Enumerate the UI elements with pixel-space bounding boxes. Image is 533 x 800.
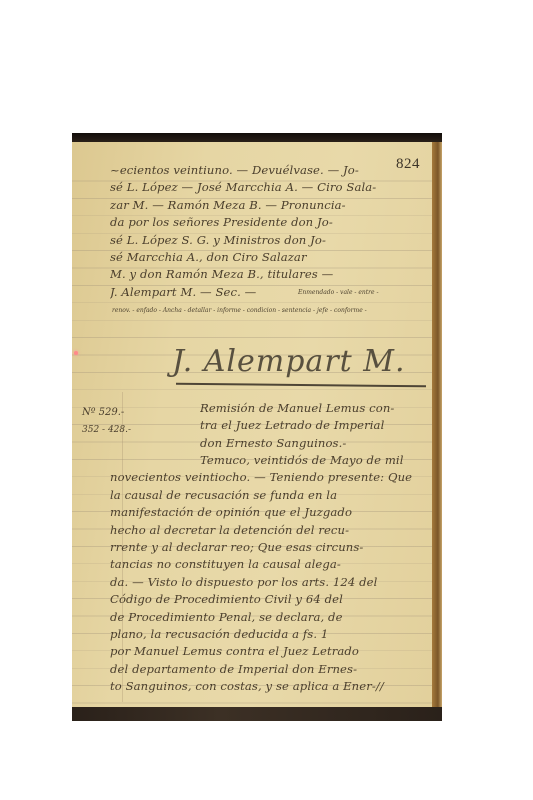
red-light-artifact — [74, 351, 78, 355]
text-line: sé L. López — José Marcchia A. — Ciro Sa… — [110, 179, 376, 196]
body-line: to Sanguinos, con costas, y se aplica a … — [110, 678, 412, 695]
entry-reference: 352 - 428.- — [82, 425, 131, 435]
title-line: don Ernesto Sanguinos.- — [200, 435, 394, 452]
amendment-note-line-1: Enmendado - vale - entre - — [298, 284, 379, 301]
text-line: M. y don Ramón Meza B., titulares — — [110, 266, 376, 283]
body-line: de Procedimiento Penal, se declara, de — [110, 609, 412, 626]
bottom-binding-shadow — [72, 707, 442, 721]
body-line: novecientos veintiocho. — Teniendo prese… — [110, 469, 412, 486]
top-binding-shadow — [72, 133, 442, 142]
body-line: manifestación de opinión que el Juzgado — [110, 504, 412, 521]
top-section-text: ~ecientos veintiuno. — Devuélvase. — Jo-… — [110, 162, 376, 301]
body-line: da. — Visto lo dispuesto por los arts. 1… — [110, 574, 412, 591]
text-line: zar M. — Ramón Meza B. — Pronuncia- — [110, 197, 376, 214]
scanned-ledger-page: 824 ~ecientos veintiuno. — Devuélvase. —… — [72, 133, 442, 721]
entry-number: Nº 529.- — [82, 407, 124, 418]
body-line: la causal de recusación se funda en la — [110, 487, 412, 504]
text-line: sé L. López S. G. y Ministros don Jo- — [110, 232, 376, 249]
secretary-signature: J. Alempart M. — [172, 344, 406, 379]
body-line: hecho al decretar la detención del recu- — [110, 522, 412, 539]
title-line: Remisión de Manuel Lemus con- — [200, 400, 394, 417]
body-line: del departamento de Imperial don Ernes- — [110, 661, 412, 678]
body-line: tancias no constituyen la causal alega- — [110, 556, 412, 573]
body-line: plano, la recusación deducida a fs. 1 — [110, 626, 412, 643]
text-line: sé Marcchia A., don Ciro Salazar — [110, 249, 376, 266]
page-number: 824 — [396, 156, 420, 173]
body-line: Temuco, veintidós de Mayo de mil — [110, 452, 412, 469]
amendment-note-line-2: renov. - enfado - Ancha - detallar - inf… — [112, 302, 367, 319]
body-line: Código de Procedimiento Civil y 64 del — [110, 591, 412, 608]
body-line: por Manuel Lemus contra el Juez Letrado — [110, 643, 412, 660]
paper-sheet: 824 ~ecientos veintiuno. — Devuélvase. —… — [72, 142, 432, 707]
entry-body: Temuco, veintidós de Mayo de mil novecie… — [110, 452, 412, 695]
title-line: tra el Juez Letrado de Imperial — [200, 417, 394, 434]
text-line: ~ecientos veintiuno. — Devuélvase. — Jo- — [110, 162, 376, 179]
book-page-edge — [432, 142, 442, 707]
text-line: da por los señores Presidente don Jo- — [110, 214, 376, 231]
body-line: rrente y al declarar reo; Que esas circu… — [110, 539, 412, 556]
entry-title: Remisión de Manuel Lemus con- tra el Jue… — [200, 400, 394, 452]
